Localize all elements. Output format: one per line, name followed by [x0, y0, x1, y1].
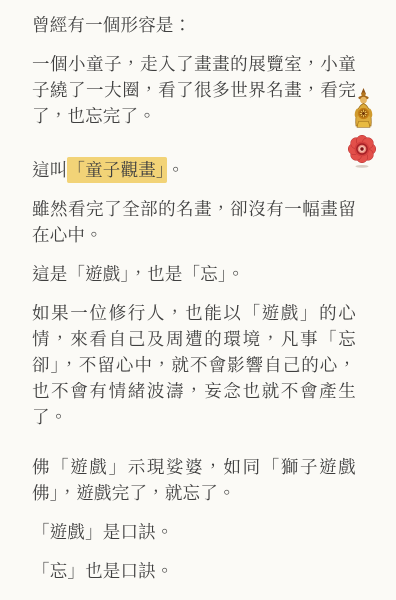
article-body: 曾經有一個形容是： 一個小童子，走入了畫畫的展覽室，小童子繞了一大圈，看了很多世… [32, 12, 356, 597]
paragraph-although: 雖然看完了全部的名畫，卻沒有一幅畫留在心中。 [32, 196, 356, 248]
paragraph-intro: 曾經有一個形容是： [32, 12, 356, 38]
paragraph-term: 這叫「童子觀畫」。 [32, 157, 356, 183]
golden-buddha-statue-icon [352, 88, 375, 128]
paragraph-mantra-game: 「遊戲」是口訣。 [32, 519, 356, 545]
paragraph-practitioner: 如果一位修行人，也能以「遊戲」的心情，來看自己及周遭的環境，凡事「忘卻」，不留心… [32, 300, 356, 430]
highlighted-term: 「童子觀畫」 [67, 157, 166, 183]
paragraph-mantra-forget: 「忘」也是口訣。 [32, 558, 356, 584]
term-suffix: 。 [167, 160, 185, 180]
term-prefix: 這叫 [32, 160, 67, 180]
article-page: { "page": { "background": "#FBFAF6", "te… [0, 0, 396, 600]
paragraph-story: 一個小童子，走入了畫畫的展覽室，小童子繞了一大圈，看了很多世界名畫，看完了，也忘… [32, 51, 356, 129]
paragraph-buddha-game: 佛「遊戲」示現娑婆，如同「獅子遊戲佛」，遊戲完了，就忘了。 [32, 454, 356, 506]
red-rosette-flower-icon [346, 134, 378, 168]
paragraph-game-forget: 這是「遊戲」，也是「忘」。 [32, 261, 356, 287]
